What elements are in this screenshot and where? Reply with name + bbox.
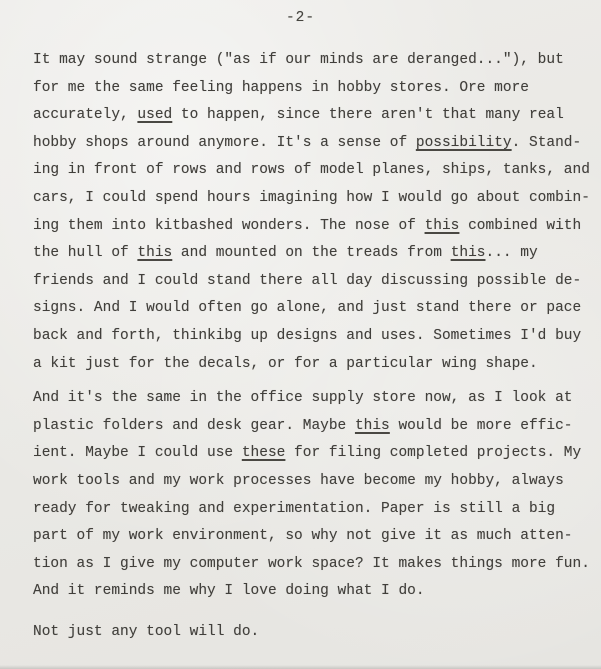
underlined-word: this: [451, 245, 486, 261]
paragraph: And it's the same in the office supply s…: [33, 385, 585, 606]
text-line: a kit just for the decals, or for a part…: [33, 351, 585, 379]
text-segment: to happen, since there aren't that many …: [172, 107, 564, 123]
text-line: ing them into kitbashed wonders. The nos…: [33, 213, 585, 241]
text-segment: friends and I could stand there all day …: [33, 273, 581, 289]
underlined-word: this: [355, 418, 390, 434]
text-segment: And it's the same in the office supply s…: [33, 390, 573, 406]
text-segment: would be more effic-: [390, 418, 573, 434]
underlined-word: these: [242, 445, 286, 461]
text-line: work tools and my work processes have be…: [33, 468, 585, 496]
text-segment: signs. And I would often go alone, and j…: [33, 300, 581, 316]
text-segment: plastic folders and desk gear. Maybe: [33, 418, 355, 434]
paragraph: It may sound strange ("as if our minds a…: [33, 47, 585, 378]
text-line: part of my work environment, so why not …: [33, 523, 585, 551]
text-segment: . Stand-: [512, 135, 582, 151]
text-line: signs. And I would often go alone, and j…: [33, 295, 585, 323]
text-segment: work tools and my work processes have be…: [33, 473, 564, 489]
text-segment: a kit just for the decals, or for a part…: [33, 356, 538, 372]
underlined-word: possibility: [416, 135, 512, 151]
underlined-word: this: [425, 218, 460, 234]
text-line: tion as I give my computer work space? I…: [33, 551, 585, 579]
text-line: plastic folders and desk gear. Maybe thi…: [33, 413, 585, 441]
text-line: ready for tweaking and experimentation. …: [33, 496, 585, 524]
text-line: back and forth, thinkibg up designs and …: [33, 323, 585, 351]
underlined-word: this: [137, 245, 172, 261]
scanned-typewritten-page: { "page": { "header": "-2-", "colors": {…: [0, 0, 601, 669]
text-segment: accurately,: [33, 107, 137, 123]
paragraph: Not just any tool will do.: [33, 619, 585, 647]
text-line: cars, I could spend hours imagining how …: [33, 185, 585, 213]
text-segment: It may sound strange ("as if our minds a…: [33, 52, 564, 68]
text-segment: for me the same feeling happens in hobby…: [33, 80, 529, 96]
text-line: friends and I could stand there all day …: [33, 268, 585, 296]
text-line: Not just any tool will do.: [33, 619, 585, 647]
text-segment: for filing completed projects. My: [285, 445, 581, 461]
text-segment: cars, I could spend hours imagining how …: [33, 190, 590, 206]
text-line: the hull of this and mounted on the trea…: [33, 240, 585, 268]
underlined-word: used: [137, 107, 172, 123]
page-number: -2-: [0, 10, 601, 26]
text-segment: the hull of: [33, 245, 137, 261]
text-segment: ready for tweaking and experimentation. …: [33, 501, 555, 517]
text-line: It may sound strange ("as if our minds a…: [33, 47, 585, 75]
text-segment: ... my: [486, 245, 538, 261]
text-segment: tion as I give my computer work space? I…: [33, 556, 590, 572]
text-segment: ing them into kitbashed wonders. The nos…: [33, 218, 425, 234]
text-segment: part of my work environment, so why not …: [33, 528, 573, 544]
text-segment: and mounted on the treads from: [172, 245, 450, 261]
text-segment: And it reminds me why I love doing what …: [33, 583, 425, 599]
document-body: It may sound strange ("as if our minds a…: [33, 47, 585, 653]
text-segment: Not just any tool will do.: [33, 624, 259, 640]
text-line: ing in front of rows and rows of model p…: [33, 157, 585, 185]
text-segment: ient. Maybe I could use: [33, 445, 242, 461]
text-line: And it's the same in the office supply s…: [33, 385, 585, 413]
text-segment: ing in front of rows and rows of model p…: [33, 162, 590, 178]
text-segment: combined with: [459, 218, 581, 234]
text-line: And it reminds me why I love doing what …: [33, 578, 585, 606]
text-segment: back and forth, thinkibg up designs and …: [33, 328, 581, 344]
text-segment: hobby shops around anymore. It's a sense…: [33, 135, 416, 151]
text-line: ient. Maybe I could use these for filing…: [33, 440, 585, 468]
text-line: for me the same feeling happens in hobby…: [33, 75, 585, 103]
text-line: hobby shops around anymore. It's a sense…: [33, 130, 585, 158]
text-line: accurately, used to happen, since there …: [33, 102, 585, 130]
